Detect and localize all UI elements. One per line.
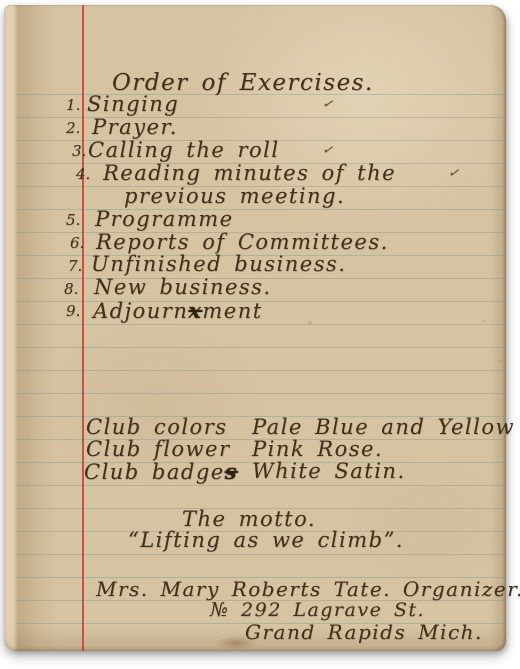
item-number: 4. [76,165,90,183]
crossed-out-letter: s [225,459,238,484]
item-number: 5. [66,211,80,229]
item-number: 3. [72,142,86,160]
item-text: New business. [94,275,272,299]
address-city: Grand Rapids Mich. [245,620,483,644]
item-text: Reports of Committees. [96,230,389,254]
item-number: 1. [66,96,80,114]
item-number: 6. [70,234,84,252]
item-text: Singing [87,92,179,116]
club-detail-label: Club flower [86,437,231,461]
club-detail-value: Pale Blue and Yellow [252,415,515,439]
club-detail-value: Pink Rose. [252,437,383,461]
item-text: Prayer. [92,115,178,139]
item-number: 7. [68,257,82,275]
item-text: Programme [95,207,234,231]
item-number: 9. [66,302,80,320]
check-mark-icon: ✓ [447,165,461,182]
item-text-continuation: previous meeting. [124,184,345,208]
club-detail-label: Club badges [84,459,238,484]
item-text: Unfinished business. [91,252,346,276]
item-text: Adjournxment [93,298,263,323]
check-mark-icon: ✓ [321,142,335,159]
item-number: 8. [64,280,78,298]
club-detail-label: Club colors [86,415,228,439]
check-mark-icon: ✓ [321,96,335,113]
item-number: 2. [66,119,80,137]
organizer-line: Mrs. Mary Roberts Tate. Organizer. [96,577,520,601]
club-detail-value: White Satin. [252,459,406,483]
scanned-notebook-photo: Order of Exercises. 1. Singing ✓ 2. Pray… [0,0,520,669]
item-text: Calling the roll [88,138,280,162]
address-street: № 292 Lagrave St. [210,599,425,621]
crossed-out-letter: x [188,298,202,323]
motto-text: “Lifting as we climb”. [128,528,404,552]
handwritten-content: Order of Exercises. 1. Singing ✓ 2. Pray… [0,0,520,669]
item-text: Reading minutes of the [103,161,396,185]
